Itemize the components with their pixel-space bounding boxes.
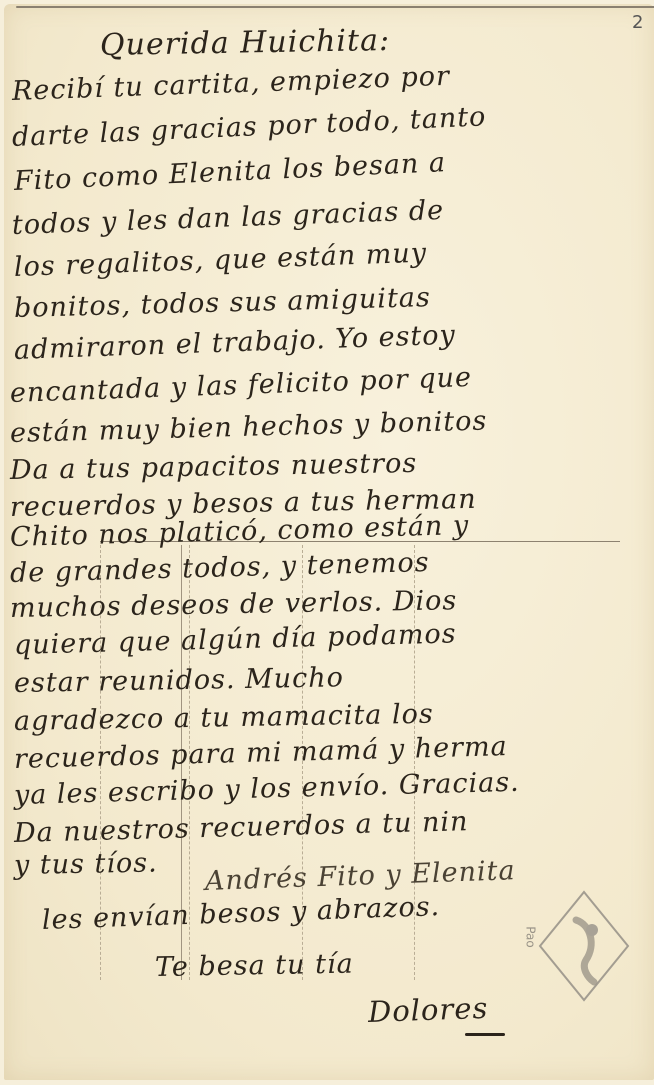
- stamp-text: Pao: [524, 926, 538, 947]
- scan-margin: [654, 0, 662, 1085]
- greeting: Querida Huichita:: [100, 23, 391, 63]
- stamp-diamond-icon: [536, 890, 632, 1002]
- letter-line: estar reunidos. Mucho: [14, 662, 344, 699]
- signature: Dolores: [367, 991, 488, 1029]
- page-number: 2: [632, 12, 643, 33]
- card-top-edge: [16, 6, 656, 8]
- closing-line: Te besa tu tía: [155, 949, 354, 983]
- stamp: Pao: [536, 890, 632, 1002]
- signature-underline: [465, 1033, 505, 1036]
- letter-line: y tus tíos.: [14, 847, 158, 881]
